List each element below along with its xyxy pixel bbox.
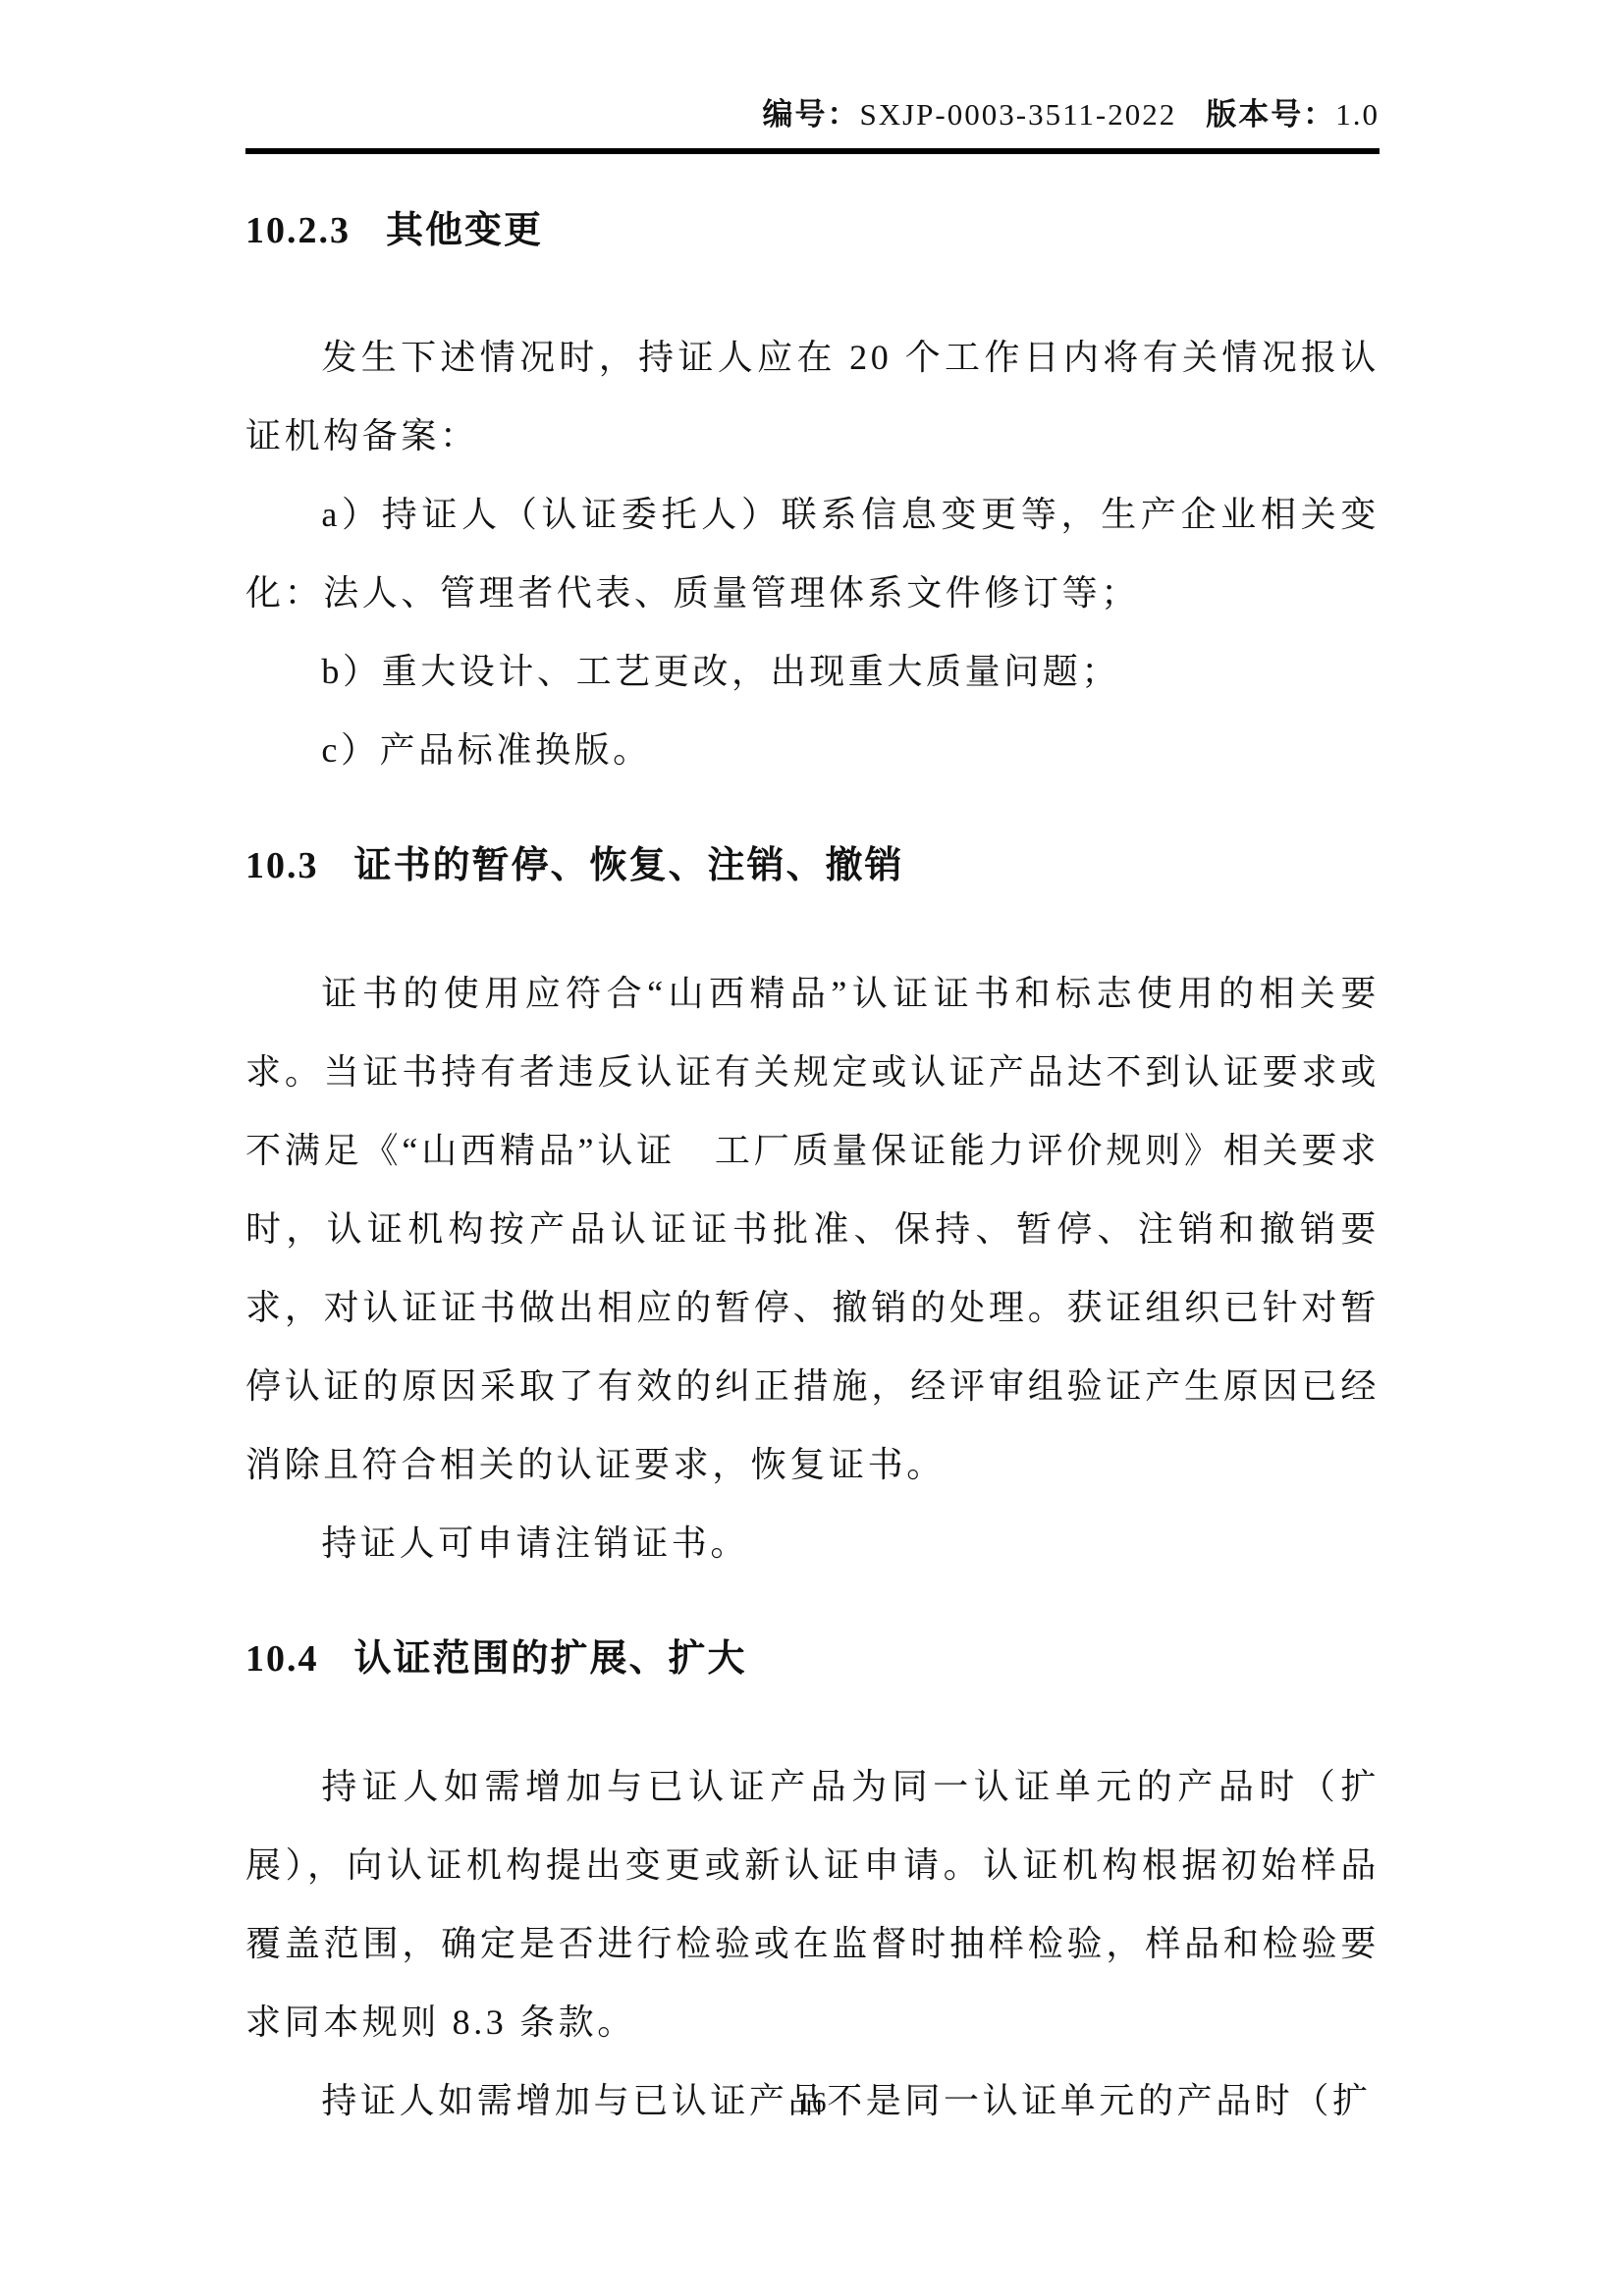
section-title: 证书的暂停、恢复、注销、撤销: [354, 845, 904, 886]
doc-number-label: 编号：: [762, 97, 859, 132]
section-number: 10.3: [245, 845, 319, 886]
section-number: 10.2.3: [245, 210, 351, 251]
paragraph: 持证人如需增加与已认证产品为同一认证单元的产品时（扩展），向认证机构提出变更或新…: [245, 1747, 1380, 2061]
paragraph: 证书的使用应符合“山西精品”认证证书和标志使用的相关要求。当证书持有者违反认证有…: [245, 954, 1380, 1504]
document-body: 10.2.3其他变更 发生下述情况时，持证人应在 20 个工作日内将有关情况报认…: [245, 209, 1380, 2140]
paragraph-item-c: c）产品标准换版。: [245, 711, 1380, 789]
section-10-2-3: 10.2.3其他变更 发生下述情况时，持证人应在 20 个工作日内将有关情况报认…: [245, 209, 1380, 790]
document-id-line: 编号：SXJP-0003-3511-2022版本号：1.0: [245, 96, 1380, 134]
section-title: 其他变更: [386, 210, 543, 251]
page-header: 编号：SXJP-0003-3511-2022版本号：1.0: [245, 96, 1380, 154]
paragraph-item-a: a）持证人（认证委托人）联系信息变更等，生产企业相关变化：法人、管理者代表、质量…: [245, 475, 1380, 632]
section-10-4: 10.4认证范围的扩展、扩大 持证人如需增加与已认证产品为同一认证单元的产品时（…: [245, 1637, 1380, 2140]
section-title: 认证范围的扩展、扩大: [354, 1638, 747, 1680]
paragraph: 发生下述情况时，持证人应在 20 个工作日内将有关情况报认证机构备案：: [245, 318, 1380, 475]
header-divider: [245, 148, 1380, 154]
section-number: 10.4: [245, 1638, 319, 1680]
version-label: 版本号：: [1206, 97, 1335, 132]
paragraph: 持证人可申请注销证书。: [245, 1504, 1380, 1582]
version-value: 1.0: [1335, 97, 1380, 132]
section-10-3: 10.3证书的暂停、恢复、注销、撤销 证书的使用应符合“山西精品”认证证书和标志…: [245, 844, 1380, 1582]
paragraph-item-b: b）重大设计、工艺更改，出现重大质量问题；: [245, 632, 1380, 711]
section-heading: 10.2.3其他变更: [245, 209, 1380, 254]
doc-number-value: SXJP-0003-3511-2022: [859, 97, 1176, 132]
page-number: 16: [0, 2087, 1624, 2119]
section-heading: 10.3证书的暂停、恢复、注销、撤销: [245, 844, 1380, 889]
document-page: 编号：SXJP-0003-3511-2022版本号：1.0 10.2.3其他变更…: [0, 0, 1624, 2296]
section-heading: 10.4认证范围的扩展、扩大: [245, 1637, 1380, 1682]
